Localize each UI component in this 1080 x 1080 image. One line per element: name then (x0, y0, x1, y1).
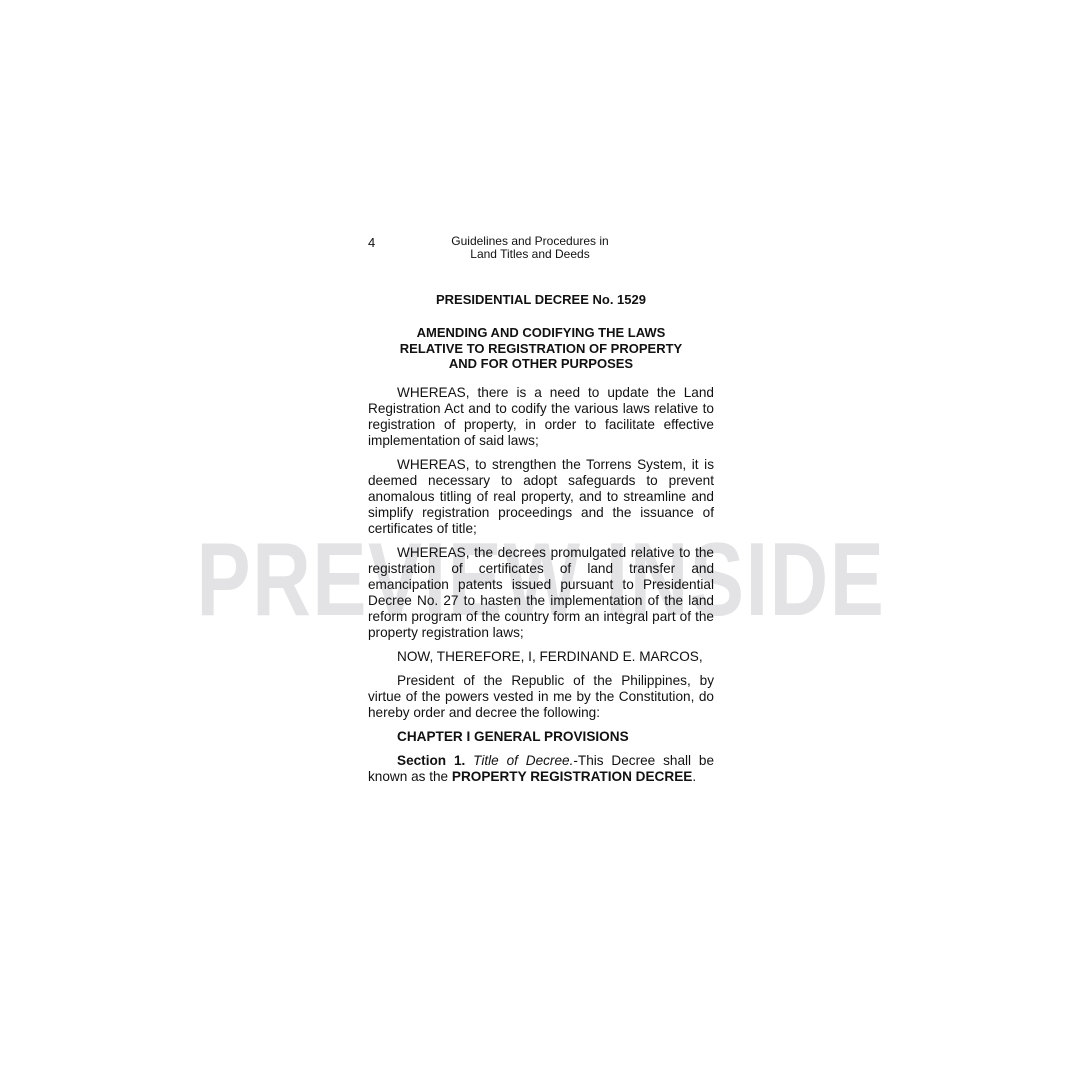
page-number: 4 (368, 235, 375, 250)
decree-title: PRESIDENTIAL DECREE No. 1529 (368, 292, 714, 308)
whereas-paragraph-2: WHEREAS, to strengthen the Torrens Syste… (368, 457, 714, 537)
section-title: Title of Decree. (473, 753, 573, 768)
decree-short-name: PROPERTY REGISTRATION DECREE (452, 769, 692, 784)
whereas-paragraph-3: WHEREAS, the decrees promulgated relativ… (368, 545, 714, 641)
now-therefore-paragraph: NOW, THEREFORE, I, FERDINAND E. MARCOS, (368, 649, 714, 665)
whereas-paragraph-1: WHEREAS, there is a need to update the L… (368, 385, 714, 449)
running-title-line-2: Land Titles and Deeds (432, 248, 628, 261)
decree-subtitle: AMENDING AND CODIFYING THE LAWS RELATIVE… (368, 325, 714, 372)
section-end: . (692, 769, 696, 784)
document-page: 4 Guidelines and Procedures in Land Titl… (368, 233, 714, 785)
running-head: 4 Guidelines and Procedures in Land Titl… (368, 233, 714, 263)
decree-subtitle-line-1: AMENDING AND CODIFYING THE LAWS (368, 325, 714, 341)
section-1-paragraph: Section 1. Title of Decree.-This Decree … (368, 753, 714, 785)
body-text: WHEREAS, there is a need to update the L… (368, 385, 714, 721)
decree-subtitle-line-3: AND FOR OTHER PURPOSES (368, 356, 714, 372)
running-title: Guidelines and Procedures in Land Titles… (432, 235, 628, 261)
decree-order-paragraph: President of the Republic of the Philipp… (368, 673, 714, 721)
section-label: Section 1. (397, 753, 465, 768)
decree-subtitle-line-2: RELATIVE TO REGISTRATION OF PROPERTY (368, 341, 714, 357)
chapter-heading: CHAPTER I GENERAL PROVISIONS (368, 729, 714, 745)
